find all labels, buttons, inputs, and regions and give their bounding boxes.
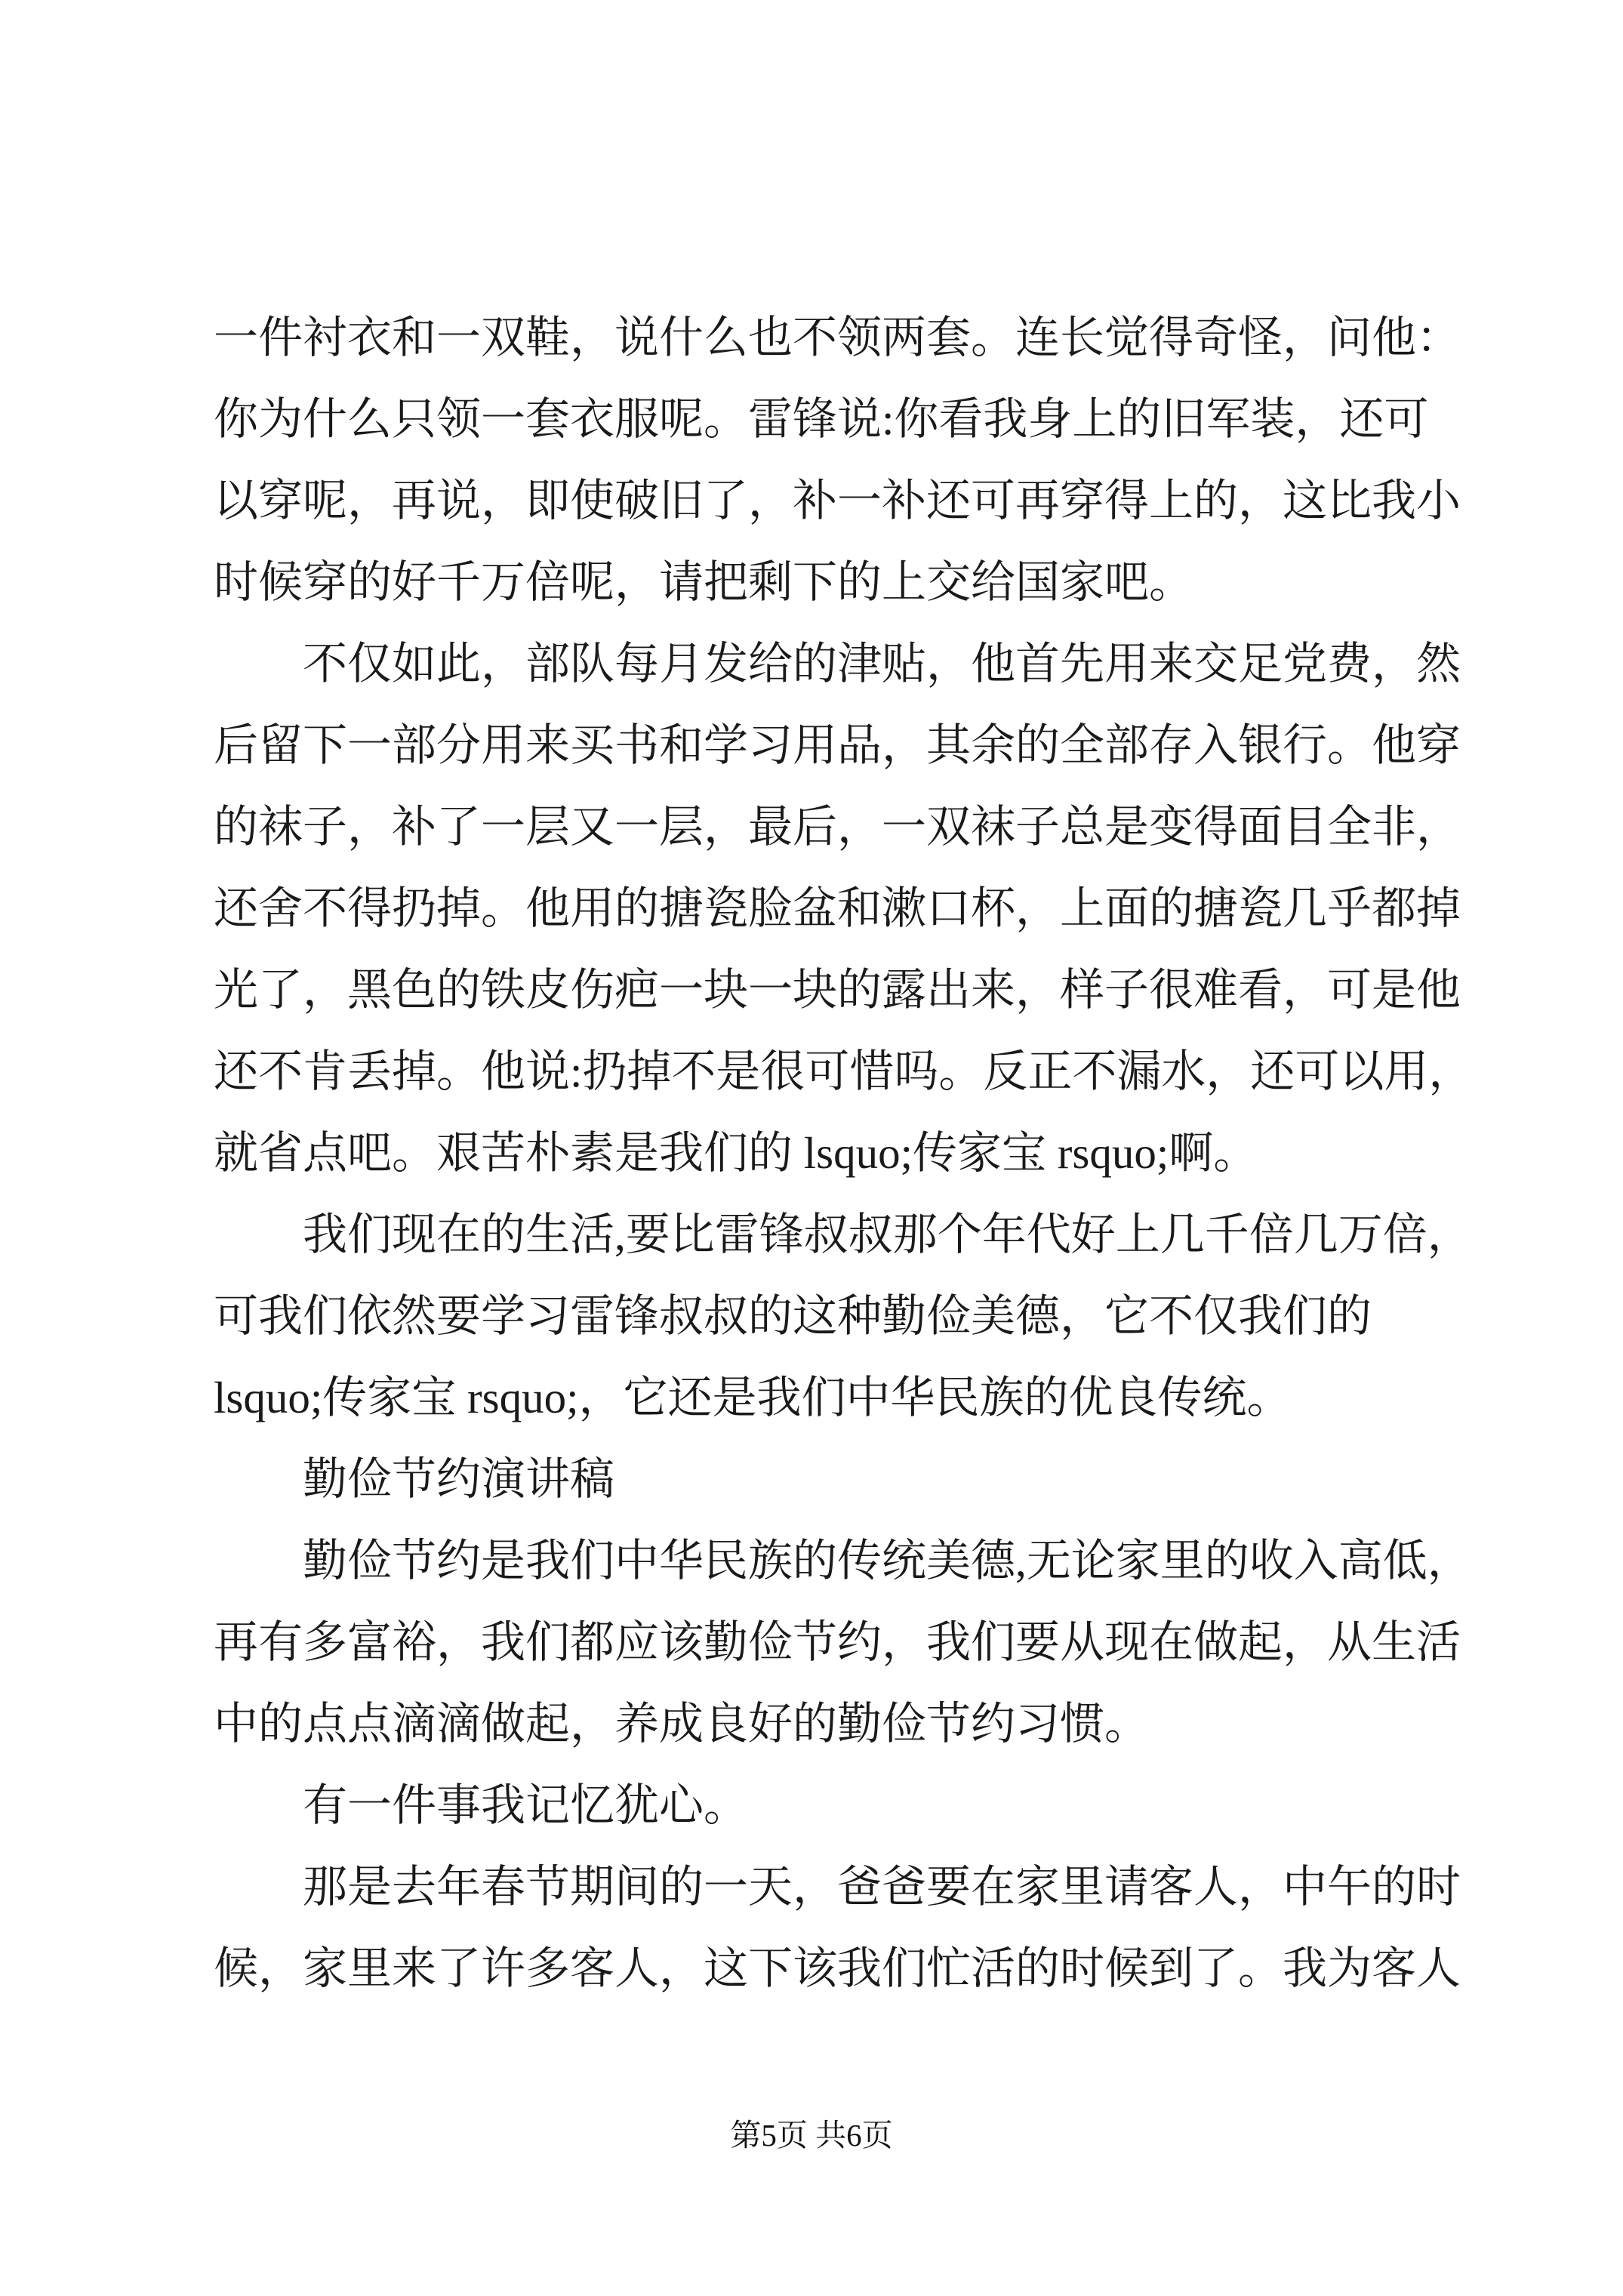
text-line-7: 的袜子，补了一层又一层，最后，一双袜子总是变得面目全非， bbox=[214, 786, 1437, 868]
text-line-15: 勤俭节约演讲稿 bbox=[214, 1438, 1437, 1520]
text-line-12: 我们现在的生活,要比雷锋叔叔那个年代好上几千倍几万倍， bbox=[214, 1194, 1437, 1275]
text-line-1: 一件衬衣和一双鞋，说什么也不领两套。连长觉得奇怪，问他： bbox=[214, 297, 1437, 378]
text-line-8: 还舍不得扔掉。他用的搪瓷脸盆和漱口杯，上面的搪瓷几乎都掉 bbox=[214, 868, 1437, 949]
text-line-19: 有一件事我记忆犹心。 bbox=[214, 1764, 1437, 1846]
document-body: 一件衬衣和一双鞋，说什么也不领两套。连长觉得奇怪，问他： 你为什么只领一套衣服呢… bbox=[214, 297, 1437, 2009]
document-page: 一件衬衣和一双鞋，说什么也不领两套。连长觉得奇怪，问他： 你为什么只领一套衣服呢… bbox=[0, 0, 1623, 2296]
text-line-10: 还不肯丢掉。他说:扔掉不是很可惜吗。反正不漏水，还可以用， bbox=[214, 1031, 1437, 1112]
text-line-9: 光了，黑色的铁皮伤疤一块一块的露出来，样子很难看，可是他 bbox=[214, 949, 1437, 1031]
text-line-11: 就省点吧。艰苦朴素是我们的 lsquo;传家宝 rsquo;啊。 bbox=[214, 1112, 1437, 1194]
page-number-label: 第5页 共6页 bbox=[730, 2118, 892, 2153]
page-footer: 第5页 共6页 bbox=[0, 2114, 1623, 2156]
text-line-18: 中的点点滴滴做起，养成良好的勤俭节约习惯。 bbox=[214, 1683, 1437, 1764]
text-line-17: 再有多富裕，我们都应该勤俭节约，我们要从现在做起，从生活 bbox=[214, 1601, 1437, 1683]
text-line-6: 后留下一部分用来买书和学习用品，其余的全部存入银行。他穿 bbox=[214, 704, 1437, 786]
text-line-16: 勤俭节约是我们中华民族的传统美德,无论家里的收入高低， bbox=[214, 1520, 1437, 1601]
text-line-21: 候，家里来了许多客人，这下该我们忙活的时候到了。我为客人 bbox=[214, 1928, 1437, 2009]
text-line-4: 时候穿的好千万倍呢，请把剩下的上交给国家吧。 bbox=[214, 541, 1437, 623]
text-line-14: lsquo;传家宝 rsquo;，它还是我们中华民族的优良传统。 bbox=[214, 1357, 1437, 1438]
text-line-3: 以穿呢，再说，即使破旧了，补一补还可再穿得上的，这比我小 bbox=[214, 460, 1437, 541]
text-line-20: 那是去年春节期间的一天，爸爸要在家里请客人，中午的时 bbox=[214, 1846, 1437, 1928]
text-line-2: 你为什么只领一套衣服呢。雷锋说:你看我身上的旧军装，还可 bbox=[214, 378, 1437, 460]
text-line-5: 不仅如此，部队每月发给的津贴，他首先用来交足党费，然 bbox=[214, 623, 1437, 704]
text-line-13: 可我们依然要学习雷锋叔叔的这种勤俭美德，它不仅我们的 bbox=[214, 1275, 1437, 1357]
